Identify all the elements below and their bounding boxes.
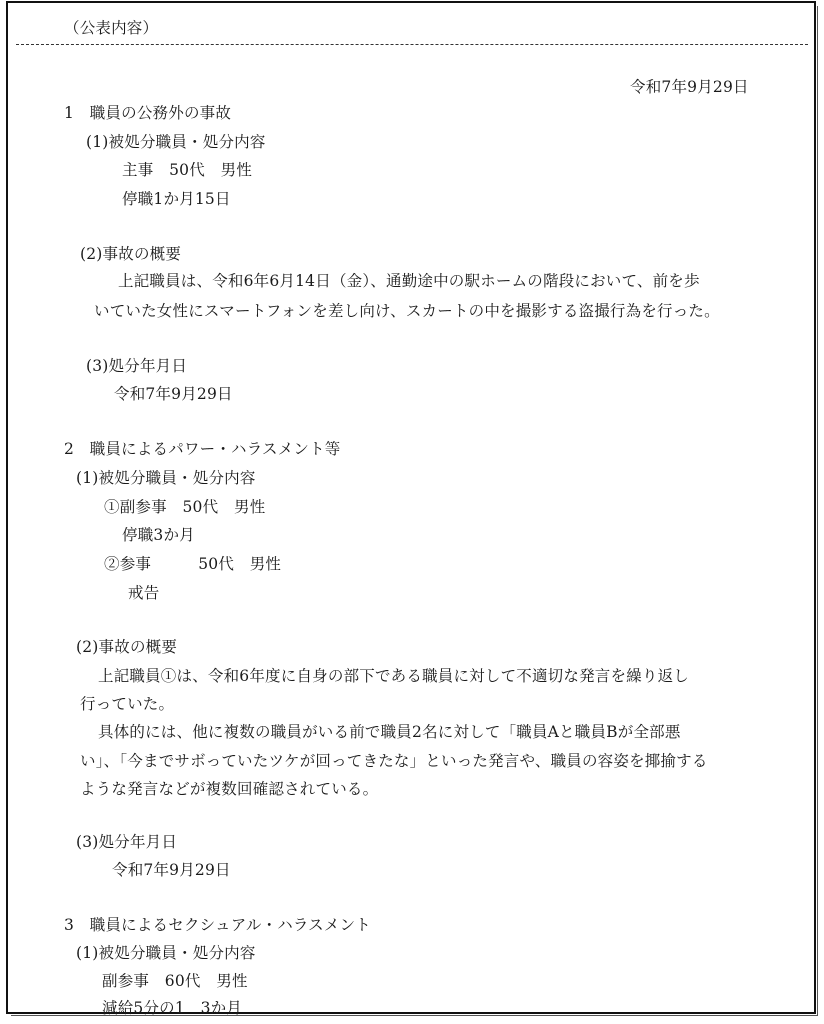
section-2-date-heading: (3)処分年月日 [76,832,177,852]
section-2-subjects-heading: (1)被処分職員・処分内容 [76,468,256,488]
section-3-subject-penalty: 減給5分の1 3か月 [102,998,242,1018]
section-1-summary-line: 上記職員は、令和6年6月14日（金）、通勤途中の駅ホームの階段において、前を歩 [118,271,700,291]
section-3-subjects-heading: (1)被処分職員・処分内容 [76,943,256,963]
section-2-title: 2 職員によるパワー・ハラスメント等 [64,439,341,459]
section-1-title: 1 職員の公務外の事故 [64,103,231,123]
section-2-subject-2-person: ②参事 50代 男性 [104,554,281,574]
section-1-subject-penalty: 停職1か月15日 [122,189,231,209]
document-date: 令和7年9月29日 [630,77,749,97]
section-1-date-value: 令和7年9月29日 [114,384,233,404]
disclosure-label: （公表内容） [64,18,158,38]
section-2-subject-1-penalty: 停職3か月 [122,525,195,545]
section-2-summary-line: 上記職員①は、令和6年度に自身の部下である職員に対して不適切な発言を繰り返し [98,666,689,686]
section-2-summary-line: 行っていた。 [80,694,174,714]
section-2-subject-2-penalty: 戒告 [128,583,159,603]
section-2-subject-1-person: ①副参事 50代 男性 [104,497,265,517]
section-3-subject-person: 副参事 60代 男性 [102,971,248,991]
section-1-summary-heading: (2)事故の概要 [80,244,181,264]
section-1-summary-line: いていた女性にスマートフォンを差し向け、スカートの中を撮影する盗撮行為を行った。 [94,301,720,321]
section-2-summary-line: い」、「今までサボっていたツケが回ってきたな」といった発言や、職員の容姿を揶揄す… [80,751,708,771]
section-2-summary-line: 具体的には、他に複数の職員がいる前で職員2名に対して「職員Aと職員Bが全部悪 [98,722,681,742]
dashed-divider [16,44,808,45]
section-1-subject-person: 主事 50代 男性 [122,160,252,180]
section-3-title: 3 職員によるセクシュアル・ハラスメント [64,915,371,935]
section-1-subjects-heading: (1)被処分職員・処分内容 [86,132,266,152]
section-1-date-heading: (3)処分年月日 [86,356,187,376]
section-2-date-value: 令和7年9月29日 [112,860,231,880]
section-2-summary-line: ような発言などが複数回確認されている。 [80,779,378,799]
section-2-summary-heading: (2)事故の概要 [76,637,177,657]
